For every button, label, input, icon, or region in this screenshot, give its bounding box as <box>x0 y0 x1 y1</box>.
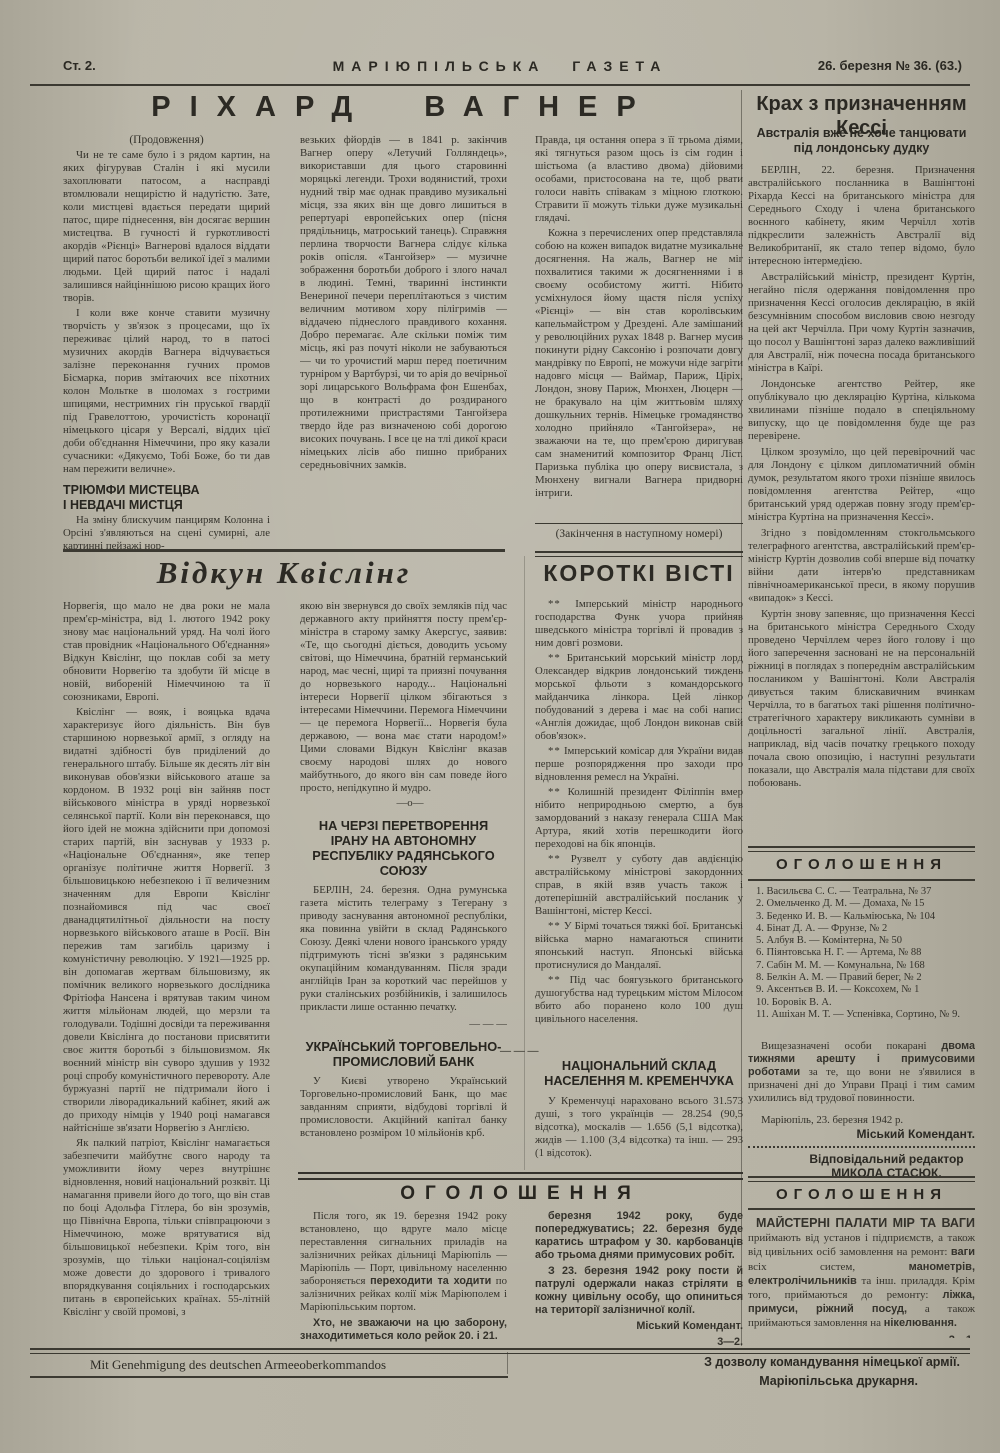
news-item: ** Імперський міністр народнього господа… <box>535 598 743 650</box>
footer-rule <box>30 1348 970 1354</box>
news-item: ** Британський морський міністр лорд Оле… <box>535 652 743 743</box>
rail-notice-rule <box>298 1172 743 1180</box>
paragraph: Цілком зрозуміло, що цей перевірочний ча… <box>748 446 975 524</box>
workshop-heading: ОГОЛОШЕННЯ <box>748 1186 975 1203</box>
paragraph: З 23. березня 1942 року пости й патрулі … <box>535 1265 743 1317</box>
paragraph: Норвегія, що мало не два роки не мала пр… <box>63 600 270 704</box>
kessi-body: БЕРЛІН, 22. березня. Призначення австрал… <box>748 164 975 842</box>
wagner-endnote: (Закінчення в наступному номері) <box>535 528 743 546</box>
section-divider: — — — <box>500 1046 539 1057</box>
list-item: 9. Аксентьєв В. И. — Коксохем, № 1 <box>748 984 975 996</box>
article-kvisling-headline: Відкун Квіслінг <box>63 554 505 592</box>
arrests-list: 1. Васильєва С. С. — Театральна, № 37 2.… <box>748 886 975 1038</box>
column-divider <box>524 556 525 1170</box>
arrests-rule-top <box>748 846 975 852</box>
short-news-list: ** Імперський міністр народнього господа… <box>535 598 743 1044</box>
list-item: 11. Ашіхан М. Т. — Успенівка, Сортино, №… <box>748 1009 975 1021</box>
news-item: ** Імперський комісар для України видав … <box>535 745 743 784</box>
paragraph: Вищезазначені особи покарані двома тижня… <box>748 1040 975 1105</box>
footer-ukrainian-credit: З дозволу командування німецької армії. <box>704 1355 960 1370</box>
asterisk-bullet: ** <box>548 974 561 986</box>
short-news-headline: КОРОТКІ ВІСТІ <box>535 559 743 587</box>
rail-notice-left-col: Після того, як 19. березня 1942 року вст… <box>300 1210 507 1346</box>
workshop-rule-bottom <box>748 1208 975 1210</box>
asterisk-bullet: ** <box>548 786 561 798</box>
editor-dotted-rule <box>748 1146 975 1148</box>
paragraph: Куртін знову запевняє, що призначення Ке… <box>748 608 975 790</box>
paragraph: Згідно з повідомленням стокгольмського т… <box>748 527 975 605</box>
article-wagner-headline: РІХАРД ВАГНЕР <box>63 90 743 124</box>
bank-heading-line2: ПРОМИСЛОВИЙ БАНК <box>300 1054 507 1069</box>
serial-mark: 3—2. <box>535 1336 743 1346</box>
endnote-rule <box>535 523 743 524</box>
kvisling-col2: якою він звернувся до своїх земляків під… <box>300 600 507 1172</box>
news-item: ** У Бірмі точаться тяжкі бої. Британськ… <box>535 920 743 972</box>
arrests-penalty: Вищезазначені особи покарані двома тижня… <box>748 1040 975 1116</box>
iran-heading-line1: НА ЧЕРЗІ ПЕРЕТВОРЕННЯ <box>300 818 507 833</box>
signature: Міський Комендант. <box>535 1320 743 1333</box>
paragraph: Чи не те саме було і з рядом картин, на … <box>63 149 270 305</box>
section-divider: —о— <box>300 797 507 810</box>
kvisling-rule <box>63 549 505 552</box>
serial-mark: 2—1. <box>748 1333 975 1338</box>
header-rule <box>30 84 970 86</box>
wagner-col3: Правда, ця остання опера з її трьома дія… <box>535 134 743 518</box>
iran-heading-line2: ІРАНУ НА АВТОНОМНУ <box>300 833 507 848</box>
bank-heading-line1: УКРАЇНСЬКИЙ ТОРГОВЕЛЬНО- <box>300 1039 507 1054</box>
arrests-signature: Міський Комендант. <box>748 1128 975 1144</box>
paragraph: Квіслінг — вояк, і вояцька вдача характе… <box>63 706 270 1135</box>
news-item: ** Під час боягузького британського душо… <box>535 974 743 1026</box>
paragraph: МАЙСТЕРНІ ПАЛАТИ МІР ТА ВАГИ приймають в… <box>748 1216 975 1331</box>
arrests-heading: ОГОЛОШЕННЯ <box>748 856 975 873</box>
paragraph: Правда, ця остання опера з її трьома дія… <box>535 134 743 225</box>
wagner-col2: везьких фйордів — в 1841 р. закінчив Ваг… <box>300 134 507 544</box>
shortnews-rule <box>535 551 743 557</box>
list-item: 3. Беденко И. В. — Кальміюська, № 104 <box>748 911 975 923</box>
arrests-rule-bottom <box>748 879 975 881</box>
paragraph: У Кременчуці нараховано всього 31.573 ду… <box>535 1095 743 1160</box>
rail-notice-heading: ОГОЛОШЕННЯ <box>298 1183 743 1205</box>
paragraph: Як палкий патріот, Квіслінг намагається … <box>63 1137 270 1319</box>
paragraph: На зміну блискучим панцирям Колонна і Ор… <box>63 514 270 549</box>
issue-date: 26. березня № 36. (63.) <box>818 58 962 73</box>
continuation-note: (Продовження) <box>63 134 270 147</box>
asterisk-bullet: ** <box>548 652 561 664</box>
iran-heading-line4: СОЮЗУ <box>300 863 507 878</box>
news-item: ** Колишній президент Філіппін вмер ніби… <box>535 786 743 851</box>
list-item: 5. Албуя В. — Комінтерна, № 50 <box>748 935 975 947</box>
section-divider: — — — <box>300 1018 507 1031</box>
paragraph: якою він звернувся до своїх земляків під… <box>300 600 507 795</box>
paragraph: Після того, як 19. березня 1942 року вст… <box>300 1210 507 1314</box>
paragraph: БЕРЛІН, 24. березня. Одна румунська газе… <box>300 884 507 1014</box>
wagner-subhead-line1: ТРІЮМФИ МИСТЕЦВА <box>63 483 270 498</box>
wagner-subhead-line2: І НЕВДАЧІ МИСТЦЯ <box>63 498 270 513</box>
news-item: ** Рузвелт у суботу дав авдієнцію австра… <box>535 853 743 918</box>
workshop-ad: МАЙСТЕРНІ ПАЛАТИ МІР ТА ВАГИ приймають в… <box>748 1216 975 1338</box>
footer-printer: Маріюпільська друкарня. <box>759 1374 918 1389</box>
paragraph: Хто, не зважаючи на цю заборону, знаходи… <box>300 1317 507 1343</box>
paragraph: Лондонське агентство Рейтер, яке опублік… <box>748 378 975 443</box>
workshop-rule-top <box>748 1176 975 1182</box>
kessi-subhead: Австралія вже не хоче танцювати під лонд… <box>748 126 975 156</box>
kremenchuk-section: НАЦІОНАЛЬНИЙ СКЛАД НАСЕЛЕННЯ М. КРЕМЕНЧУ… <box>535 1058 743 1174</box>
paragraph: І коли вже конче ставити музичну творчіс… <box>63 307 270 476</box>
asterisk-bullet: ** <box>548 920 561 932</box>
paragraph: БЕРЛІН, 22. березня. Призначення австрал… <box>748 164 975 268</box>
list-item: 7. Сабін М. М. — Комунальна, № 168 <box>748 960 975 972</box>
paragraph: Кожна з перечислених опер представляла с… <box>535 227 743 500</box>
wagner-subsection: ТРІЮМФИ МИСТЕЦВА І НЕВДАЧІ МИСТЦЯ На змі… <box>63 483 270 549</box>
paragraph: везьких фйордів — в 1841 р. закінчив Ваг… <box>300 134 507 472</box>
list-item: 8. Белкін А. М. — Правий берег, № 2 <box>748 972 975 984</box>
footer-divider-tick <box>507 1352 508 1374</box>
newspaper-page: Ст. 2. МАРІЮПІЛЬСЬКА ГАЗЕТА 26. березня … <box>0 0 1000 1453</box>
kvisling-col1: Норвегія, що мало не два роки не мала пр… <box>63 600 270 1346</box>
kremenchuk-heading-line2: НАСЕЛЕННЯ М. КРЕМЕНЧУКА <box>535 1073 743 1088</box>
list-item: 4. Бінат Д. А. — Фрунзе, № 2 <box>748 923 975 935</box>
paragraph: березня 1942 року, буде попереджуватись;… <box>535 1210 743 1262</box>
kremenchuk-heading-line1: НАЦІОНАЛЬНИЙ СКЛАД <box>535 1058 743 1073</box>
paragraph: У Києві утворено Український Торговельно… <box>300 1075 507 1140</box>
footer-left-underline <box>30 1376 508 1378</box>
list-item: 2. Омельченко Д. М. — Домаха, № 15 <box>748 898 975 910</box>
wagner-col1: (Продовження) Чи не те саме було і з ряд… <box>63 134 270 482</box>
column-divider <box>741 90 742 1346</box>
paragraph: Австралійський міністр, президент Куртін… <box>748 271 975 375</box>
asterisk-bullet: ** <box>548 853 561 865</box>
asterisk-bullet: ** <box>548 598 561 610</box>
list-item: 1. Васильєва С. С. — Театральна, № 37 <box>748 886 975 898</box>
list-item: 6. Піянтовська Н. Г. — Артема, № 88 <box>748 947 975 959</box>
rail-notice-right-col: березня 1942 року, буде попереджуватись;… <box>535 1210 743 1346</box>
iran-heading-line3: РЕСПУБЛІКУ РАДЯНСЬКОГО <box>300 848 507 863</box>
footer-german-credit: Mit Genehmigung des deutschen Armeeoberk… <box>90 1357 386 1373</box>
list-item: 10. Боровік В. А. <box>748 997 975 1009</box>
asterisk-bullet: ** <box>548 745 561 757</box>
